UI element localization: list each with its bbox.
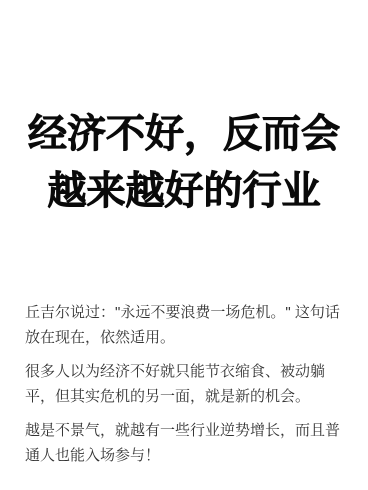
body-text: 丘吉尔说过："永远不要浪费一场危机。" 这句话放在现在，依然适用。 很多人以为经… bbox=[0, 300, 368, 468]
page-title: 经济不好，反而会 越来越好的行业 bbox=[0, 106, 368, 220]
title-line-1: 经济不好，反而会 bbox=[0, 106, 368, 163]
paragraph-countertrend-growth: 越是不景气，就越有一些行业逆势增长，而且普通人也能入场参与！ bbox=[25, 418, 343, 468]
paragraph-crisis-opportunity: 很多人以为经济不好就只能节衣缩食、被动躺平，但其实危机的另一面，就是新的机会。 bbox=[25, 359, 343, 409]
title-line-2: 越来越好的行业 bbox=[0, 163, 368, 220]
text-card: 经济不好，反而会 越来越好的行业 丘吉尔说过："永远不要浪费一场危机。" 这句话… bbox=[0, 0, 368, 490]
paragraph-churchill-quote: 丘吉尔说过："永远不要浪费一场危机。" 这句话放在现在，依然适用。 bbox=[25, 300, 343, 350]
